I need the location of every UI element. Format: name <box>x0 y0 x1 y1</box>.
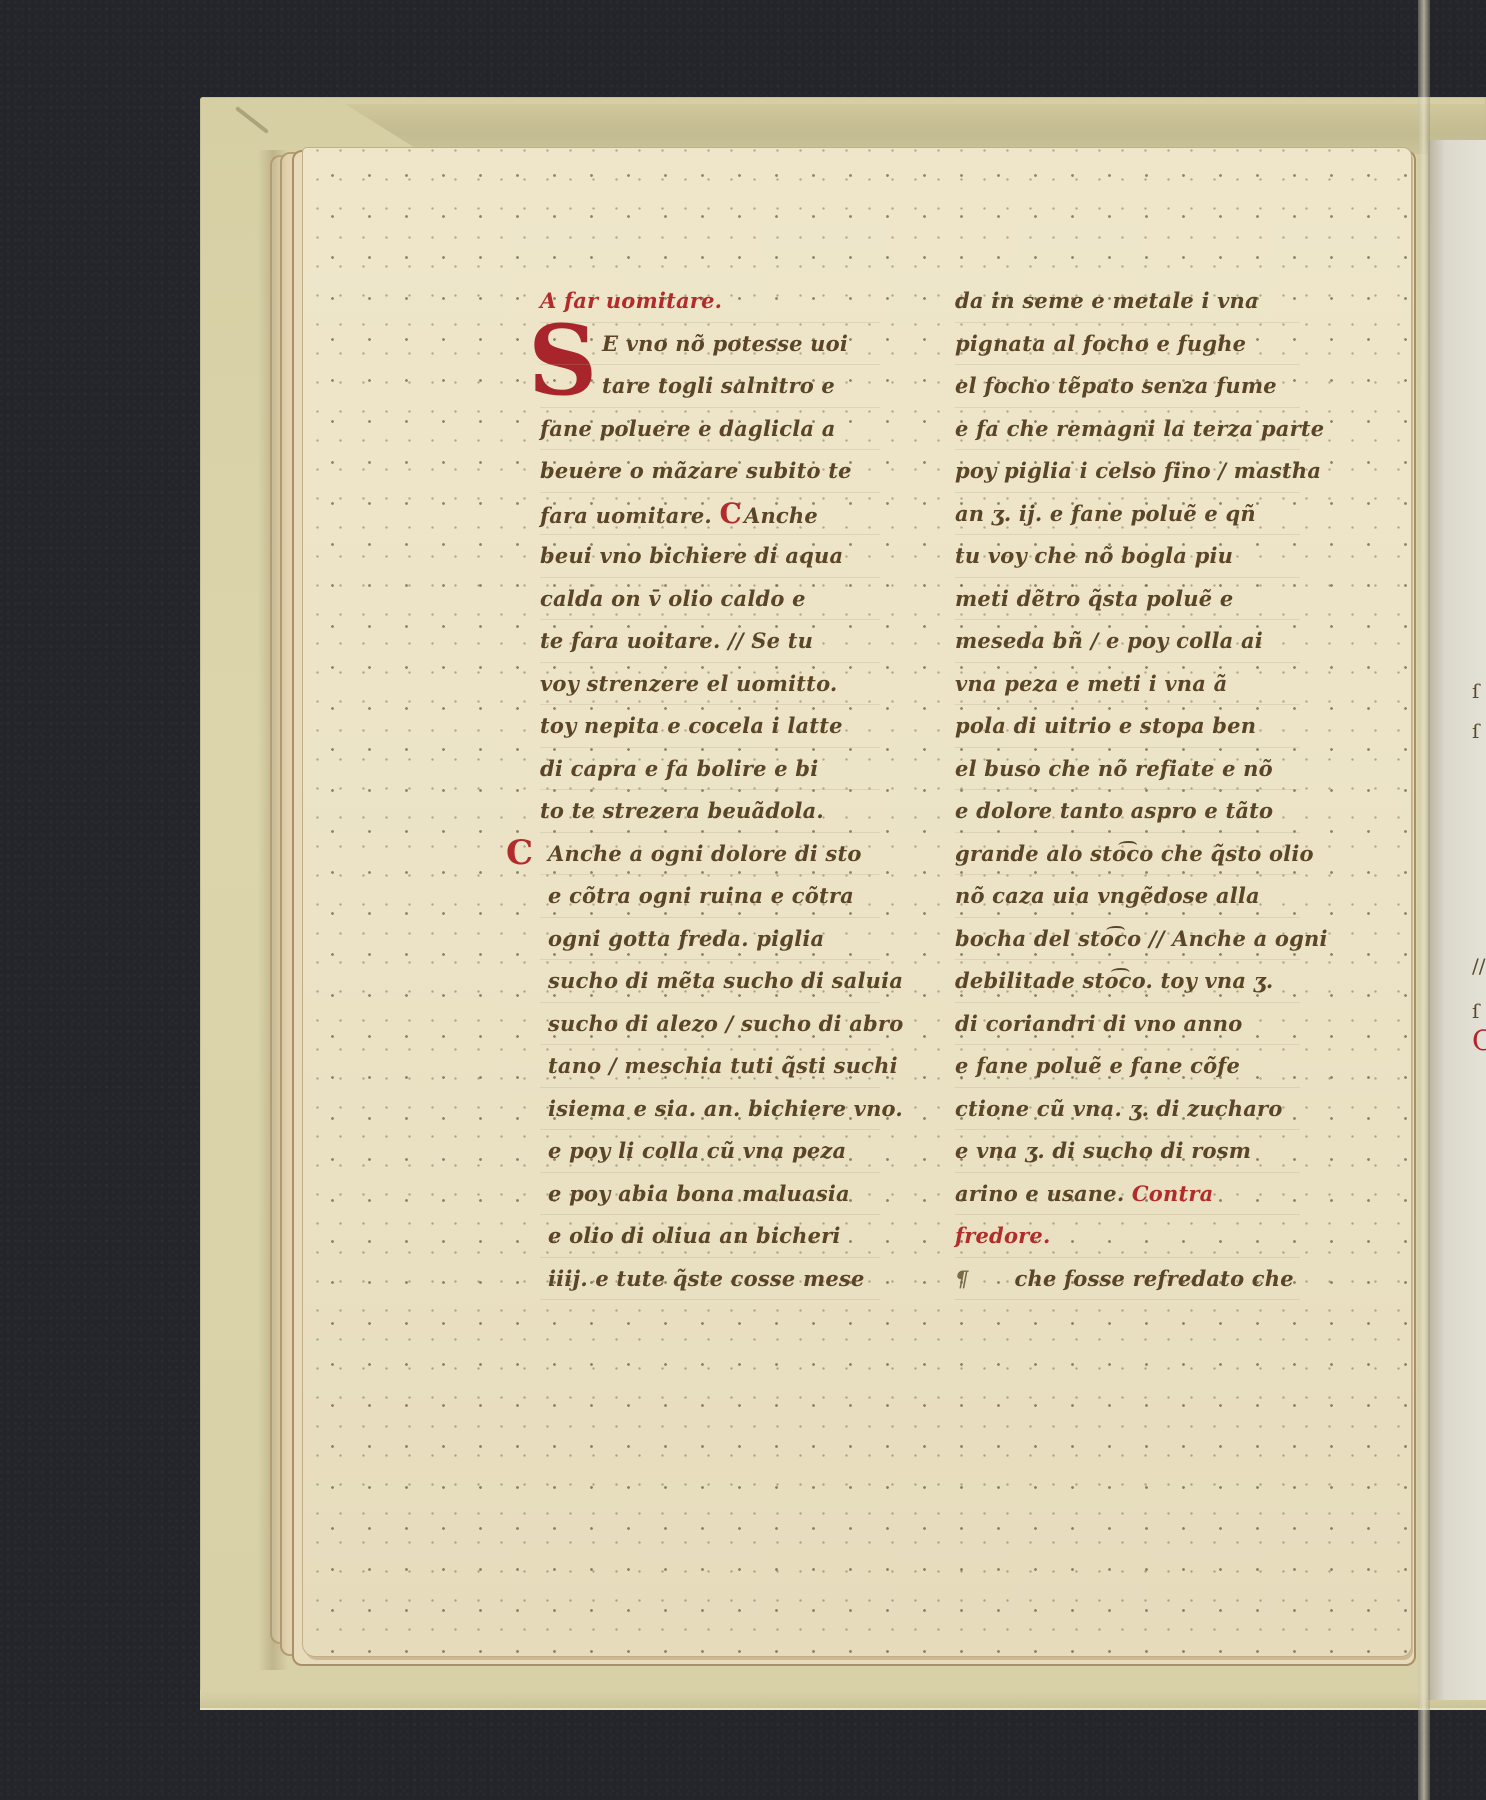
facing-page-text-fragments: ſ ſ // ſ C <box>1470 660 1486 1080</box>
text-line: meti dẽtro q̃sta poluẽ e <box>955 578 1300 621</box>
text-line: ctione cũ vna. ʒ. di zucharo <box>955 1088 1300 1131</box>
left-fold-shadow <box>258 150 288 1670</box>
text-line: fane poluere e daglicla a <box>540 408 880 451</box>
text-line: to te strezera beuãdola. <box>540 790 880 833</box>
text-line: ogni gotta freda. piglia <box>540 918 880 961</box>
text-line: bocha del sto͡co // Anche a ogni <box>955 918 1300 961</box>
text-line: pola di uitrio e stopa ben <box>955 705 1300 748</box>
paragraph-marker: ¶ <box>955 1258 1007 1300</box>
text-line: da in seme e metale i vna <box>955 280 1300 323</box>
text-line: voy strenzere el uomitto. <box>540 663 880 706</box>
text-line: pignata al focho e fughe <box>955 323 1300 366</box>
text-line: toy nepita e cocela i latte <box>540 705 880 748</box>
text-line: E vno nõ potesse uoi <box>540 323 880 366</box>
text-line: iiij. e tute q̃ste cosse mese <box>540 1258 880 1301</box>
text-line: beuere o mãzare subito te <box>540 450 880 493</box>
text-line: e vna ʒ. di sucho di rosm <box>955 1130 1300 1173</box>
text-line: sucho di mẽta sucho di saluia <box>540 960 880 1003</box>
text-line: e dolore tanto aspro e tãto <box>955 790 1300 833</box>
facing-fragment: // <box>1472 955 1482 977</box>
facing-fragment: ſ <box>1472 1000 1482 1022</box>
text-line: calda on v̄ olio caldo e <box>540 578 880 621</box>
text-line: el focho tẽpato senza fume <box>955 365 1300 408</box>
facing-red-initial: C <box>1472 1030 1482 1052</box>
text-segment: che fosse refredato che <box>1015 1266 1294 1291</box>
text-line: e poy li colla cũ vna peza <box>540 1130 880 1173</box>
text-segment: Anche a ogni dolore di sto <box>548 841 862 866</box>
text-line: debilitade sto͡co. toy vna ʒ. <box>955 960 1300 1003</box>
text-line: meseda bñ / e poy colla ai <box>955 620 1300 663</box>
mount-top-fold <box>345 104 1486 154</box>
text-line: fara uomitare. CAnche <box>540 493 880 536</box>
rubric-fredore: fredore. <box>955 1215 1300 1258</box>
text-line: e cõtra ogni ruina e cõtra <box>540 875 880 918</box>
text-line: tare togli salnitro e <box>540 365 880 408</box>
paragraph-initial-C: C <box>506 833 533 875</box>
facing-fragment: ſ <box>1472 680 1482 702</box>
text-line: di coriandri di vno anno <box>955 1003 1300 1046</box>
text-line: el buso che nõ refiate e nõ <box>955 748 1300 791</box>
facing-fragment: ſ <box>1472 720 1482 742</box>
text-segment: fara uomitare. <box>540 503 712 528</box>
text-line: e fa che remagni la terza parte <box>955 408 1300 451</box>
text-line: tano / meschia tuti q̃sti suchi <box>540 1045 880 1088</box>
text-line: ¶ che fosse refredato che <box>955 1258 1300 1301</box>
text-segment: arino e usane. <box>955 1181 1124 1206</box>
text-line: beui vno bichiere di aqua <box>540 535 880 578</box>
text-line: vna peza e meti i vna ã <box>955 663 1300 706</box>
text-line: tu voy che nõ bogla piu <box>955 535 1300 578</box>
text-line: e poy abia bona maluasia <box>540 1173 880 1216</box>
text-line: C Anche a ogni dolore di sto <box>540 833 880 876</box>
text-line: isiema e sia. an. bichiere vno. <box>540 1088 880 1131</box>
text-line: grande alo sto͡co che q̃sto olio <box>955 833 1300 876</box>
text-line: nõ caza uia vngẽdose alla <box>955 875 1300 918</box>
text-line: poy piglia i celso fino / mastha <box>955 450 1300 493</box>
right-text-column: da in seme e metale i vna pignata al foc… <box>955 280 1300 1300</box>
mount-bottom-edge <box>200 1690 1486 1710</box>
text-line: sucho di alezo / sucho di abro <box>540 1003 880 1046</box>
paragraph-initial-C: C <box>719 493 742 535</box>
rubric-contra: Contra <box>1132 1181 1214 1206</box>
left-text-column: A far uomitare. S E vno nõ potesse uoi t… <box>540 280 880 1300</box>
text-line: arino e usane. Contra <box>955 1173 1300 1216</box>
text-line: e olio di oliua an bicheri <box>540 1215 880 1258</box>
text-line: an ʒ. ij. e fane poluẽ e qñ <box>955 493 1300 536</box>
text-line: di capra e fa bolire e bi <box>540 748 880 791</box>
gutter-glass-strip <box>1418 0 1430 1800</box>
text-line: te fara uoitare. // Se tu <box>540 620 880 663</box>
text-line: e fane poluẽ e fane cõfe <box>955 1045 1300 1088</box>
text-segment: Anche <box>744 503 818 528</box>
